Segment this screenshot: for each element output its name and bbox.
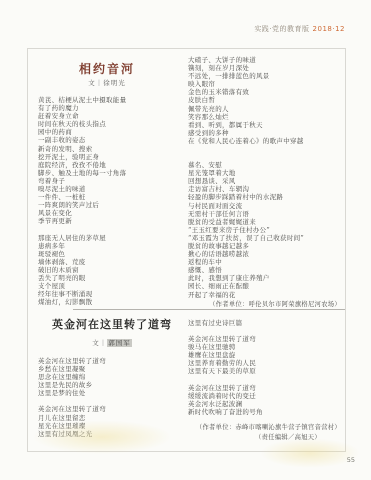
poem-line: 患病多年 — [38, 242, 126, 250]
poem-line: 墙体剥落、荒废 — [38, 258, 126, 266]
poem-line: 脱贫的受益者娓娓道来 — [188, 218, 304, 226]
section-divider — [73, 309, 345, 310]
poem-line: 这里是梦的住处 — [38, 389, 106, 397]
poem-line: 那座无人居住的茅草屋 — [38, 234, 126, 242]
stanza: 英金河在这里转了道弯乡愁在这里凝聚思念在这里缠绵这里是先民的故乡这里是梦的住处 — [38, 357, 106, 397]
stanza: 英金河在这里转了道弯月儿在这里留恋星光在这里璀璨这里有过凤凰之光 — [38, 405, 106, 437]
stanza: 那座无人居住的茅草屋患病多年斑驳褪色墙体剥落、荒废破旧的木质窗丢失了明亮的眼支个… — [38, 234, 126, 307]
magazine-name: 实践·党的教育版 — [254, 25, 309, 33]
poem-line: 脱贫的故事越记越多 — [188, 242, 304, 250]
poem-line: 季节再更新 — [38, 217, 126, 225]
poem1-author-prefix: 文｜ — [88, 79, 103, 87]
poem2-attribution: （作者单位：赤峰市喀喇沁旗牛营子镇官音营村） — [196, 422, 341, 431]
poem1-author-name: 徐明光 — [103, 79, 126, 87]
poem-line: 这里有天下最美的草原 — [188, 367, 263, 375]
page-number: 55 — [347, 456, 355, 464]
content-box: 相约音河 文｜徐明光 黄芪、桔梗从泥土中摄取能量有了药的魔力赶着安身立命时间在秋… — [27, 48, 346, 452]
stanza: 大碴子、大饼子的味道镌刻，刻在岁月深处不远处，一排排蓝色的风景映入眼帘金色的玉米… — [188, 56, 304, 145]
poem-line: 看到、听到，都属于秋天 — [188, 121, 304, 129]
stanza: 黄芪、桔梗从泥土中摄取能量有了药的魔力赶着安身立命时间在秋天的枝头指点园中的药商… — [38, 96, 126, 226]
poem-line: 一副丰收的姿态 — [38, 136, 126, 144]
poem2-right-column: 这里有过史诗巨篇英金河在这里转了道弯骏马在这里驰骋雄鹰在这里盘旋这里养育着勤劳的… — [188, 319, 263, 424]
poem2-author-name: 郭国军 — [107, 339, 132, 347]
poem-line: 与村民面对面交流 — [188, 202, 304, 210]
poem1-attribution: （作者单位：呼伦贝尔市阿荣旗格尼河农场） — [209, 299, 341, 308]
issue-number: 2018·12 — [313, 25, 345, 33]
poem-line: 星光笼罩着大地 — [188, 169, 304, 177]
poem-line: 支个屋顶 — [38, 282, 126, 290]
poem-line: 月儿在这里留恋 — [38, 414, 106, 422]
poem-line: 嗅尽泥土的味道 — [38, 185, 126, 193]
poem-line: 无需村干部任何言语 — [188, 210, 304, 218]
poem-line: “王玉红要来房子住村办公” — [188, 226, 304, 234]
poem-line: 在《党和人民心连着心》的歌声中穿越 — [188, 137, 304, 145]
poem1-right-column: 大碴子、大饼子的味道镌刻，刻在岁月深处不远处，一排排蓝色的风景映入眼帘金色的玉米… — [188, 56, 304, 315]
poem-line: 黄芪、桔梗从泥土中摄取能量 — [38, 96, 126, 104]
poem-line: 乡愁在这里凝聚 — [38, 365, 106, 373]
poem-line: 新奇的发明、搜索 — [38, 145, 126, 153]
poem-line: 这里有过凤凰之光 — [38, 430, 106, 438]
poem1-left-column: 黄芪、桔梗从泥土中摄取能量有了药的魔力赶着安身立命时间在秋天的枝头指点园中的药商… — [38, 96, 126, 314]
stanza: 慕名、安慰星光笼罩着大地回想恳谈、采风走访富吉村、车辋沟轻盈的脚步踩踏着村中的水… — [188, 161, 304, 299]
poem-line: 缓缓流淌着时代的变迁 — [188, 392, 263, 400]
poem-line: 斑驳褪色 — [38, 250, 126, 258]
poem-line: 丢失了明亮的眼 — [38, 274, 126, 282]
poem-line: 英金河在这里转了道弯 — [188, 335, 263, 343]
poem-line: 慕名、安慰 — [188, 161, 304, 169]
editor-credit: （责任编辑／高旭天） — [255, 432, 321, 441]
poem-line: 英金河在这里转了道弯 — [38, 357, 106, 365]
poem-line: 挖开泥土，验明正身 — [38, 153, 126, 161]
poem-line: 脚步、触及土地的每一寸角落 — [38, 169, 126, 177]
stanza: 英金河在这里转了道弯缓缓流淌着时代的变迁英金河水泛起波澜新时代吹响了奋进的号角 — [188, 384, 263, 416]
poem-line: 英金河水泛起波澜 — [188, 400, 263, 408]
poem-line: 星光在这里璀璨 — [38, 422, 106, 430]
poem-line: 轻盈的脚步踩踏着村中的水泥路 — [188, 193, 304, 201]
magazine-page: 实践·党的教育版2018·12 相约音河 文｜徐明光 黄芪、桔梗从泥土中摄取能量… — [0, 0, 371, 480]
stanza: 英金河在这里转了道弯骏马在这里驰骋雄鹰在这里盘旋这里养育着勤劳的人民这里有天下最… — [188, 335, 263, 375]
page-header: 实践·党的教育版2018·12 — [254, 24, 345, 34]
poem-line: 煤油灯，幻影飘散 — [38, 298, 126, 306]
poem-line: 大碴子、大饼子的味道 — [188, 56, 304, 64]
poem-line: 有了药的魔力 — [38, 104, 126, 112]
poem-line: 这里有过史诗巨篇 — [188, 319, 263, 327]
stanza: 这里有过史诗巨篇 — [188, 319, 263, 327]
poem2-author: 文｜郭国军 — [28, 338, 196, 347]
poem-line: 佩带光亮的人 — [188, 105, 304, 113]
poem-line: 园长、细雨正在酝酿 — [188, 282, 304, 290]
poem1-title: 相约音河 — [28, 60, 186, 77]
poem-line: 破旧的木质窗 — [38, 266, 126, 274]
poem-line: 笑容那么灿烂 — [188, 113, 304, 121]
poem1-author: 文｜徐明光 — [28, 78, 186, 87]
poem2-author-prefix: 文｜ — [92, 339, 107, 347]
poem-line: 皮肤白皙 — [188, 96, 304, 104]
poem-line: 一件件、一桩桩 — [38, 193, 126, 201]
poem-line: 新时代吹响了奋进的号角 — [188, 408, 263, 416]
poem-line: 揪心的话语越唠越浓 — [188, 250, 304, 258]
poem2-title: 英金河在这里转了道弯 — [28, 316, 196, 332]
poem-line: 感受到的多种 — [188, 129, 304, 137]
poem-line: 英金河在这里转了道弯 — [188, 384, 263, 392]
poem-line: 开起了幸福的花 — [188, 291, 304, 299]
poem-line: 庭院经济，孜孜不倦地 — [38, 161, 126, 169]
poem-line: 弯着身子 — [38, 177, 126, 185]
poem-line: 英金河在这里转了道弯 — [38, 405, 106, 413]
poem-line: “邓玉霞为了扶贫，误了自己收获时间” — [188, 234, 304, 242]
poem2-left-column: 英金河在这里转了道弯乡愁在这里凝聚思念在这里缠绵这里是先民的故乡这里是梦的住处英… — [38, 357, 106, 446]
poem-line: 镌刻，刻在岁月深处 — [188, 64, 304, 72]
